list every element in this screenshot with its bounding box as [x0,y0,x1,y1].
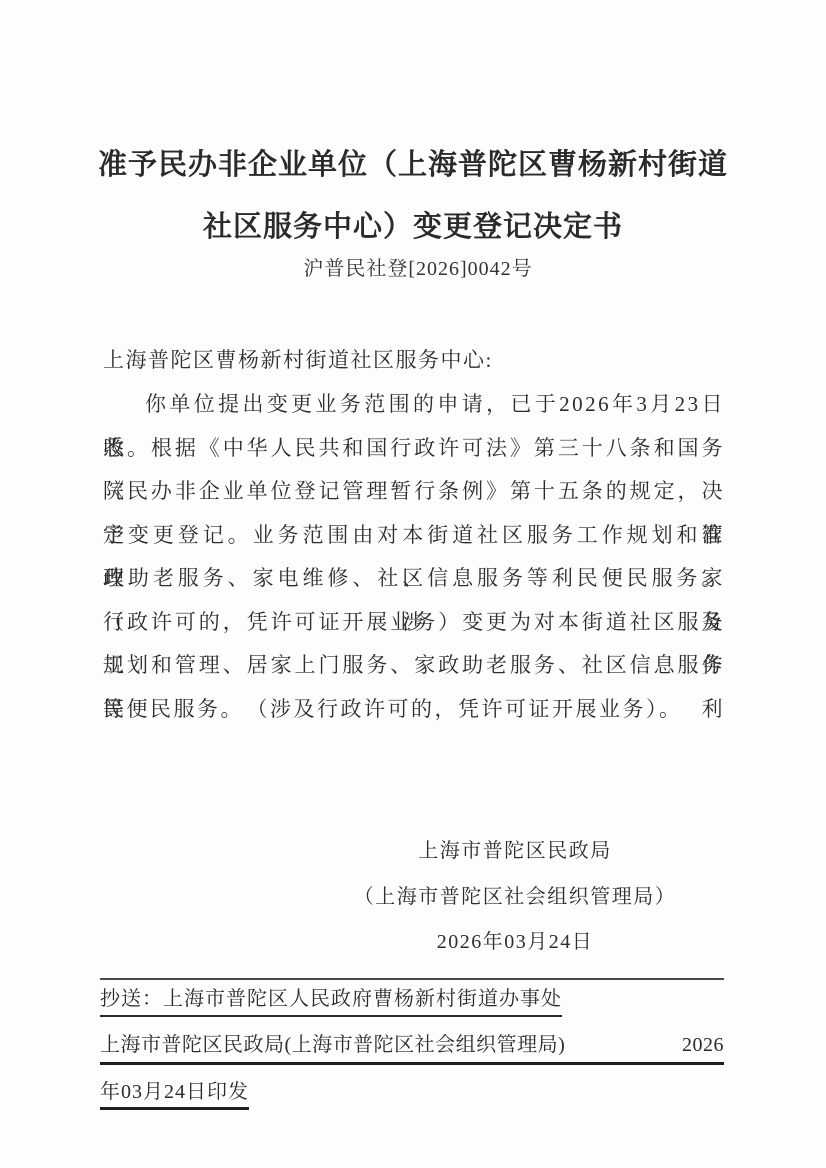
document-title-line2: 社区服务中心）变更登记决定书 [90,196,736,258]
document-title-line1: 准予民办非企业单位（上海普陀区曹杨新村街道 [90,134,736,196]
body-line: 民便民服务。 （涉及行政许可的，凭许可证开展业务）。 [103,688,725,732]
signature-date: 2026年03月24日 [345,920,685,966]
signature-block: 上海市普陀区民政局 （上海市普陀区社会组织管理局） 2026年03月24日 [345,829,685,966]
body-line: 政助老服务、家电维修、社区信息服务等利民便民服务。（涉及 [103,557,725,601]
body-line: 规划和管理、居家上门服务、家政助老服务、社区信息服务等利 [103,644,725,688]
footer-cc-line: 抄送：上海市普陀区人民政府曹杨新村街道办事处 [100,986,562,1017]
footer-issue-date-line: 年03月24日印发 [100,1080,249,1110]
document-number: 沪普民社登[2026]0042号 [90,256,746,282]
footer-issue-year: 2026 [682,1032,724,1058]
body-line: 《民办非企业单位登记管理暂行条例》第十五条的规定，决定准 [103,470,725,514]
footer-divider [100,978,724,980]
body-line: 行政许可的，凭许可证开展业务）变更为对本街道社区服务工作 [103,601,725,645]
footer-issuer-text: 上海市普陀区民政局(上海市普陀区社会组织管理局) [100,1032,565,1058]
body-paragraph: 你单位提出变更业务范围的申请，已于2026年3月23日收 悉。根据《中华人民共和… [103,383,725,731]
document-title: 准予民办非企业单位（上海普陀区曹杨新村街道 社区服务中心）变更登记决定书 [90,134,736,258]
body-line: 悉。根据《中华人民共和国行政许可法》第三十八条和国务院 [103,427,725,471]
signature-org-alt: （上海市普陀区社会组织管理局） [345,875,685,921]
body-line: 予变更登记。业务范围由对本街道社区服务工作规划和管理、家 [103,514,725,558]
signature-org: 上海市普陀区民政局 [345,829,685,875]
salutation: 上海普陀区曹杨新村街道社区服务中心: [103,347,493,373]
scanned-document-page: 准予民办非企业单位（上海普陀区曹杨新村街道 社区服务中心）变更登记决定书 沪普民… [0,0,826,1168]
footer-issuer-line: 上海市普陀区民政局(上海市普陀区社会组织管理局) 2026 [100,1032,724,1065]
body-line: 你单位提出变更业务范围的申请，已于2026年3月23日收 [103,383,725,427]
